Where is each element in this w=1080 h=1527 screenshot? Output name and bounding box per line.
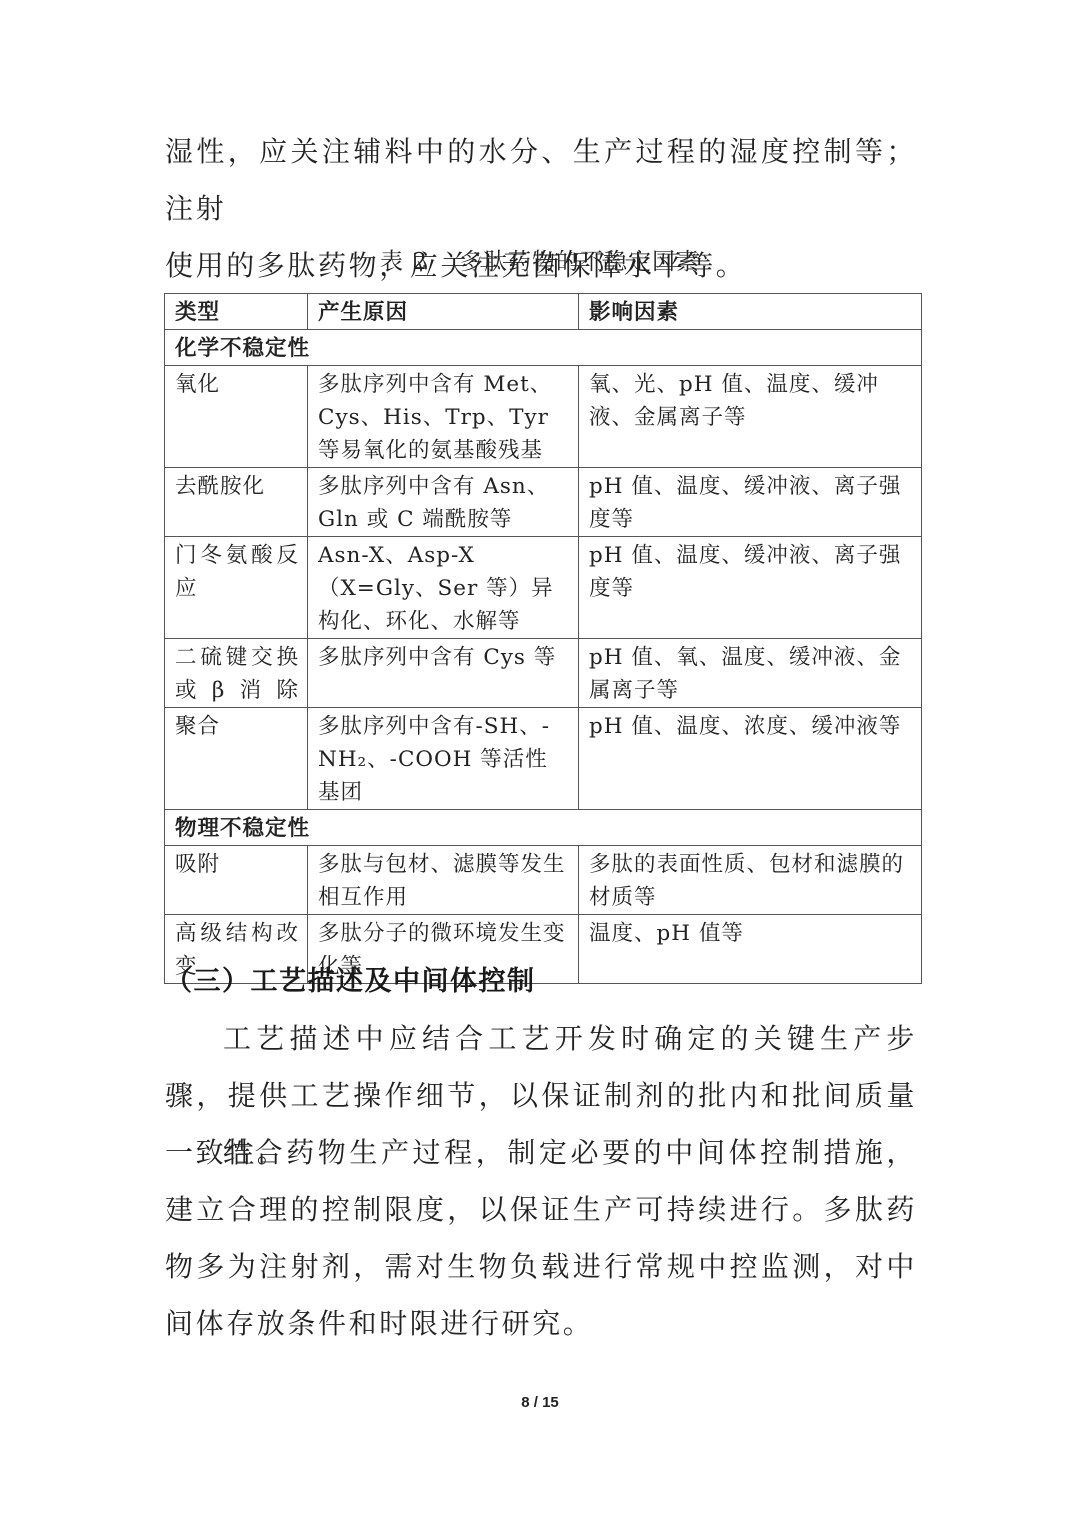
cell-cause: Asn-X、Asp-X（X=Gly、Ser 等）异构化、环化、水解等: [308, 537, 579, 639]
cell-type: 氧化: [165, 366, 308, 468]
cell-factors: pH 值、温度、浓度、缓冲液等: [579, 708, 922, 810]
table-caption-title: 多肽药物的不稳定因素: [460, 249, 700, 275]
section-row-physical: 物理不稳定性: [165, 810, 922, 846]
body-paragraph-2: 结合药物生产过程，制定必要的中间体控制措施，建立合理的控制限度，以保证生产可持续…: [165, 1124, 917, 1352]
cell-type: 门冬氨酸反应: [165, 537, 308, 639]
cell-factors: 多肽的表面性质、包材和滤膜的材质等: [579, 846, 922, 915]
section-title: 化学不稳定性: [165, 330, 922, 366]
table-caption: 表 2多肽药物的不稳定因素: [0, 243, 1080, 276]
cell-factors: pH 值、温度、缓冲液、离子强度等: [579, 468, 922, 537]
table-row: 聚合 多肽序列中含有-SH、-NH₂、-COOH 等活性基团 pH 值、温度、浓…: [165, 708, 922, 810]
cell-cause: 多肽序列中含有 Cys 等: [308, 639, 579, 708]
instability-factors-table: 类型 产生原因 影响因素 化学不稳定性 氧化 多肽序列中含有 Met、Cys、H…: [164, 293, 922, 984]
cell-factors: pH 值、温度、缓冲液、离子强度等: [579, 537, 922, 639]
cell-type: 去酰胺化: [165, 468, 308, 537]
cell-type: 吸附: [165, 846, 308, 915]
table-row: 去酰胺化 多肽序列中含有 Asn、Gln 或 C 端酰胺等 pH 值、温度、缓冲…: [165, 468, 922, 537]
cell-cause: 多肽与包材、滤膜等发生相互作用: [308, 846, 579, 915]
table-row: 门冬氨酸反应 Asn-X、Asp-X（X=Gly、Ser 等）异构化、环化、水解…: [165, 537, 922, 639]
cell-factors: 温度、pH 值等: [579, 915, 922, 984]
table-row: 氧化 多肽序列中含有 Met、Cys、His、Trp、Tyr 等易氧化的氨基酸残…: [165, 366, 922, 468]
section-title: 物理不稳定性: [165, 810, 922, 846]
cell-factors: pH 值、氧、温度、缓冲液、金属离子等: [579, 639, 922, 708]
cell-cause: 多肽序列中含有 Asn、Gln 或 C 端酰胺等: [308, 468, 579, 537]
cell-cause: 多肽序列中含有-SH、-NH₂、-COOH 等活性基团: [308, 708, 579, 810]
table-caption-number: 表 2: [380, 249, 428, 275]
header-cause: 产生原因: [308, 294, 579, 330]
table-row: 吸附 多肽与包材、滤膜等发生相互作用 多肽的表面性质、包材和滤膜的材质等: [165, 846, 922, 915]
section-heading: （三）工艺描述及中间体控制: [165, 960, 536, 1004]
intro-line-1: 湿性，应关注辅料中的水分、生产过程的湿度控制等；注射: [165, 123, 917, 237]
cell-cause: 多肽序列中含有 Met、Cys、His、Trp、Tyr 等易氧化的氨基酸残基: [308, 366, 579, 468]
page-indicator: 8 / 15: [0, 1394, 1080, 1411]
section-row-chemical: 化学不稳定性: [165, 330, 922, 366]
cell-factors: 氧、光、pH 值、温度、缓冲液、金属离子等: [579, 366, 922, 468]
cell-type: 二硫键交换或β消除: [165, 639, 308, 708]
table-row: 二硫键交换或β消除 多肽序列中含有 Cys 等 pH 值、氧、温度、缓冲液、金属…: [165, 639, 922, 708]
header-factors: 影响因素: [579, 294, 922, 330]
header-type: 类型: [165, 294, 308, 330]
table-header-row: 类型 产生原因 影响因素: [165, 294, 922, 330]
cell-type: 聚合: [165, 708, 308, 810]
